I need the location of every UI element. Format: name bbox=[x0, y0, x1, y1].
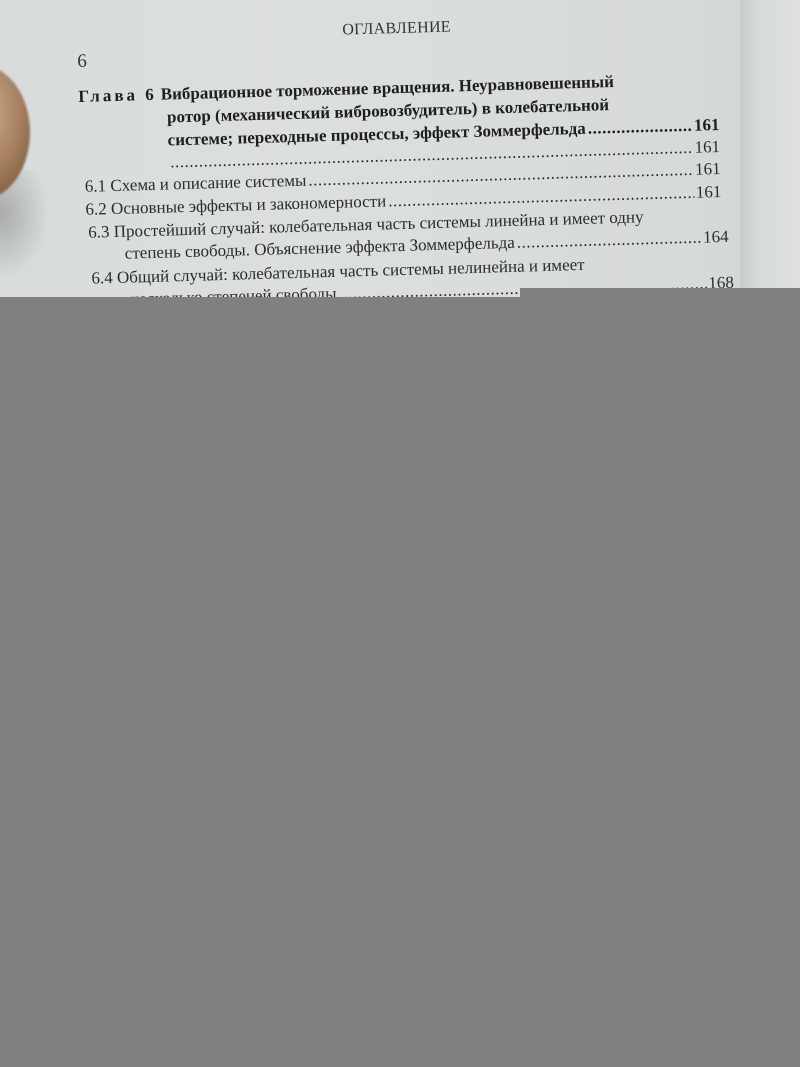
toc-text: ОГЛАВЛЕНИЕ 6 Глава 6 Вибрационное тормож… bbox=[0, 0, 800, 300]
entry-page: 164 bbox=[703, 227, 729, 248]
chapter-label: Глава 6 bbox=[78, 85, 157, 107]
page-number: 6 bbox=[77, 51, 87, 73]
leader-dots bbox=[587, 116, 692, 139]
running-head: ОГЛАВЛЕНИЕ bbox=[0, 9, 797, 49]
gray-overlay bbox=[0, 297, 800, 1067]
gray-overlay-step bbox=[520, 288, 800, 300]
book-page-photo: ОГЛАВЛЕНИЕ 6 Глава 6 Вибрационное тормож… bbox=[0, 0, 800, 300]
chapter-page: 161 bbox=[694, 115, 720, 136]
entry-page: 161 bbox=[695, 159, 721, 180]
leader-dots bbox=[516, 228, 701, 253]
entry-page: 161 bbox=[694, 137, 720, 158]
entry-page: 161 bbox=[696, 182, 722, 203]
